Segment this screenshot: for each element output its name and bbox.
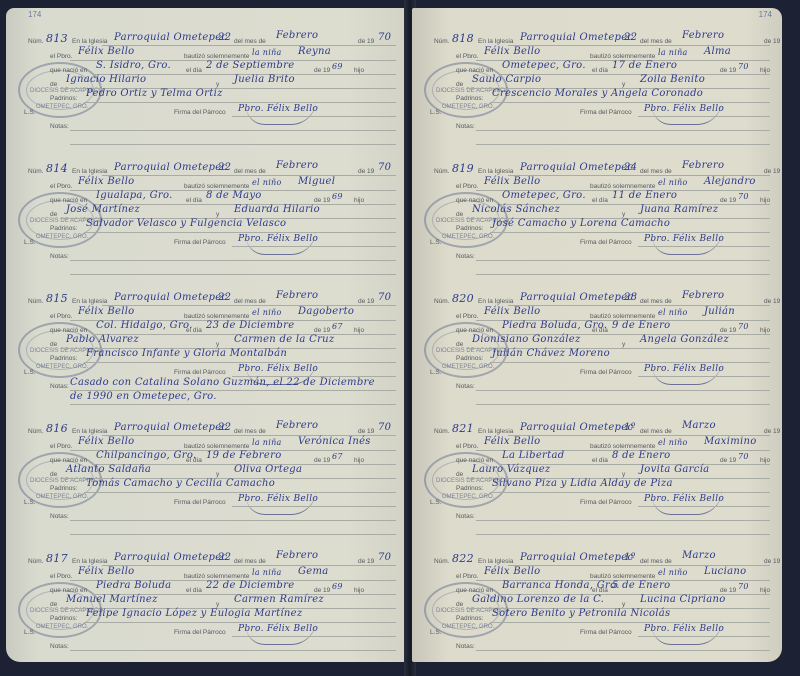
child-name: Dagoberto bbox=[298, 306, 354, 317]
label-birth-year: de 19 bbox=[720, 587, 736, 594]
label-baptized: bautizó solemnemente bbox=[590, 573, 655, 580]
label-priest: el Pbro. bbox=[50, 573, 72, 580]
label-num: Núm. bbox=[28, 168, 44, 175]
baptism-day: 24 bbox=[624, 162, 637, 173]
baptism-year: 70 bbox=[378, 32, 391, 43]
label-of: de bbox=[50, 341, 57, 348]
church-name: Parroquial Ometepec bbox=[114, 292, 227, 303]
father-name: Manuel Martínez bbox=[66, 594, 158, 605]
label-month: del mes de bbox=[234, 298, 266, 305]
child-name: Maximino bbox=[704, 436, 757, 447]
mother-name: Zoila Benito bbox=[640, 74, 705, 85]
child-name: Luciano bbox=[704, 566, 746, 577]
baptism-month: Febrero bbox=[682, 290, 724, 301]
baptism-day: 28 bbox=[624, 292, 637, 303]
label-church: En la Iglesia bbox=[478, 558, 513, 565]
baptism-day: 1º bbox=[624, 552, 636, 563]
birth-year: 70 bbox=[738, 322, 749, 331]
father-name: Pablo Alvarez bbox=[66, 334, 139, 345]
baptism-year: 70 bbox=[378, 292, 391, 303]
label-born-in: que nació en bbox=[456, 327, 493, 334]
label-and: y bbox=[216, 601, 219, 608]
birth-year: 70 bbox=[738, 62, 749, 71]
label-month: del mes de bbox=[640, 558, 672, 565]
baptism-day: 22 bbox=[218, 32, 231, 43]
label-num: Núm. bbox=[28, 298, 44, 305]
label-church: En la Iglesia bbox=[478, 298, 513, 305]
birth-year: 69 bbox=[332, 582, 343, 591]
baptism-entry: DIOCESIS DE ACAPULCO OMETEPEC, GRO. Núm.… bbox=[6, 268, 408, 396]
label-church: En la Iglesia bbox=[72, 38, 107, 45]
child-article: el niño bbox=[658, 178, 688, 187]
label-seal: L.S. bbox=[430, 629, 442, 636]
label-birth-year: de 19 bbox=[314, 587, 330, 594]
label-of: de bbox=[50, 471, 57, 478]
church-name: Parroquial Ometepec bbox=[114, 422, 227, 433]
label-child-of: hijo bbox=[760, 327, 770, 334]
father-name: José Martínez bbox=[66, 204, 140, 215]
birthplace: Col. Hidalgo, Gro. bbox=[96, 320, 193, 331]
label-month: del mes de bbox=[640, 298, 672, 305]
label-baptized: bautizó solemnemente bbox=[590, 443, 655, 450]
label-priest: el Pbro. bbox=[456, 183, 478, 190]
entry-number: 819 bbox=[452, 162, 474, 175]
label-year: de 19 bbox=[358, 558, 374, 565]
label-and: y bbox=[216, 341, 219, 348]
child-name: Miguel bbox=[298, 176, 335, 187]
father-name: Dionisiano González bbox=[472, 334, 581, 345]
label-born-in: que nació en bbox=[50, 587, 87, 594]
child-article: el niño bbox=[658, 438, 688, 447]
label-on-day: el día bbox=[592, 587, 608, 594]
label-of: de bbox=[456, 211, 463, 218]
label-signature: Firma del Párroco bbox=[174, 369, 226, 376]
child-article: el niño bbox=[252, 308, 282, 317]
baptism-month: Febrero bbox=[276, 160, 318, 171]
baptism-month: Febrero bbox=[682, 30, 724, 41]
label-priest: el Pbro. bbox=[50, 53, 72, 60]
label-priest: el Pbro. bbox=[50, 183, 72, 190]
label-seal: L.S. bbox=[24, 629, 36, 636]
label-num: Núm. bbox=[28, 38, 44, 45]
label-month: del mes de bbox=[640, 38, 672, 45]
baptism-entry: DIOCESIS DE ACAPULCO OMETEPEC, GRO. Núm.… bbox=[6, 398, 408, 526]
baptism-month: Febrero bbox=[682, 160, 724, 171]
label-num: Núm. bbox=[28, 558, 44, 565]
priest-name: Félix Bello bbox=[78, 176, 135, 187]
label-child-of: hijo bbox=[760, 67, 770, 74]
father-name: Ignacio Hilario bbox=[66, 74, 146, 85]
priest-name: Félix Bello bbox=[78, 436, 135, 447]
birth-date: 19 de Febrero bbox=[206, 450, 282, 461]
stamp-city: OMETEPEC, GRO. bbox=[442, 104, 494, 110]
label-year: de 19 bbox=[358, 168, 374, 175]
label-signature: Firma del Párroco bbox=[174, 629, 226, 636]
label-on-day: el día bbox=[592, 67, 608, 74]
church-name: Parroquial Ometepec bbox=[114, 32, 227, 43]
baptism-entry: DIOCESIS DE ACAPULCO OMETEPEC, GRO. Núm.… bbox=[412, 528, 782, 656]
label-priest: el Pbro. bbox=[456, 313, 478, 320]
baptism-month: Marzo bbox=[682, 550, 716, 561]
label-num: Núm. bbox=[28, 428, 44, 435]
godparents-names: Julián Chávez Moreno bbox=[492, 348, 610, 359]
label-on-day: el día bbox=[186, 197, 202, 204]
label-on-day: el día bbox=[186, 327, 202, 334]
child-name: Gema bbox=[298, 566, 329, 577]
label-notes: Notas: bbox=[50, 383, 69, 390]
godparents-names: Salvador Velasco y Fulgencia Velasco bbox=[86, 218, 286, 229]
label-year: de 19 bbox=[358, 38, 374, 45]
baptism-entry: DIOCESIS DE ACAPULCO OMETEPEC, GRO. Núm.… bbox=[412, 138, 782, 266]
right-page: 174 DIOCESIS DE ACAPULCO OMETEPEC, GRO. … bbox=[412, 8, 782, 662]
child-article: la niña bbox=[252, 438, 282, 447]
label-of: de bbox=[456, 81, 463, 88]
label-month: del mes de bbox=[234, 428, 266, 435]
label-signature: Firma del Párroco bbox=[174, 109, 226, 116]
label-year: de 19 bbox=[764, 428, 780, 435]
label-child-of: hijo bbox=[354, 197, 364, 204]
stamp-city: OMETEPEC, GRO. bbox=[36, 494, 88, 500]
child-name: Alejandro bbox=[704, 176, 756, 187]
label-seal: L.S. bbox=[430, 239, 442, 246]
label-on-day: el día bbox=[592, 327, 608, 334]
label-month: del mes de bbox=[234, 38, 266, 45]
mother-name: Lucina Cipriano bbox=[640, 594, 726, 605]
birth-year: 67 bbox=[332, 322, 343, 331]
label-signature: Firma del Párroco bbox=[580, 629, 632, 636]
label-seal: L.S. bbox=[24, 239, 36, 246]
baptism-year: 70 bbox=[378, 162, 391, 173]
signature-flourish bbox=[652, 620, 722, 645]
godparents-names: Tomás Camacho y Cecilia Camacho bbox=[86, 478, 275, 489]
entry-number: 815 bbox=[46, 292, 68, 305]
birthplace: S. Isidro, Gro. bbox=[96, 60, 171, 71]
label-birth-year: de 19 bbox=[314, 327, 330, 334]
birthplace: Chilpancingo, Gro. bbox=[96, 450, 197, 461]
child-name: Alma bbox=[704, 46, 731, 57]
stamp-city: OMETEPEC, GRO. bbox=[442, 234, 494, 240]
label-baptized: bautizó solemnemente bbox=[590, 313, 655, 320]
child-article: el niño bbox=[658, 568, 688, 577]
label-and: y bbox=[622, 211, 625, 218]
entry-number: 821 bbox=[452, 422, 474, 435]
label-signature: Firma del Párroco bbox=[580, 239, 632, 246]
label-godparents: Padrinos: bbox=[50, 355, 77, 362]
label-birth-year: de 19 bbox=[720, 67, 736, 74]
mother-name: Angela González bbox=[640, 334, 729, 345]
label-godparents: Padrinos: bbox=[50, 95, 77, 102]
label-church: En la Iglesia bbox=[478, 38, 513, 45]
church-name: Parroquial Ometepec bbox=[114, 552, 227, 563]
label-notes: Notas: bbox=[50, 253, 69, 260]
label-notes: Notas: bbox=[456, 643, 475, 650]
label-num: Núm. bbox=[434, 168, 450, 175]
signature-flourish bbox=[246, 620, 316, 645]
label-and: y bbox=[622, 601, 625, 608]
label-priest: el Pbro. bbox=[50, 313, 72, 320]
baptism-month: Febrero bbox=[276, 420, 318, 431]
label-church: En la Iglesia bbox=[72, 298, 107, 305]
label-child-of: hijo bbox=[760, 587, 770, 594]
label-num: Núm. bbox=[434, 298, 450, 305]
label-seal: L.S. bbox=[430, 499, 442, 506]
entry-number: 814 bbox=[46, 162, 68, 175]
mother-name: Oliva Ortega bbox=[234, 464, 302, 475]
godparents-names: Felipe Ignacio López y Eulogia Martínez bbox=[86, 608, 302, 619]
left-page: 174 DIOCESIS DE ACAPULCO OMETEPEC, GRO. … bbox=[6, 8, 408, 662]
label-seal: L.S. bbox=[24, 109, 36, 116]
label-born-in: que nació en bbox=[50, 457, 87, 464]
birthplace: La Libertad bbox=[502, 450, 564, 461]
label-baptized: bautizó solemnemente bbox=[184, 313, 249, 320]
birth-date: 11 de Enero bbox=[612, 190, 677, 201]
mother-name: Carmen de la Cruz bbox=[234, 334, 335, 345]
child-name: Julián bbox=[704, 306, 735, 317]
church-name: Parroquial Ometepec bbox=[520, 422, 633, 433]
label-year: de 19 bbox=[764, 38, 780, 45]
entry-number: 816 bbox=[46, 422, 68, 435]
mother-name: Carmen Ramírez bbox=[234, 594, 324, 605]
baptism-month: Febrero bbox=[276, 550, 318, 561]
label-priest: el Pbro. bbox=[456, 573, 478, 580]
label-baptized: bautizó solemnemente bbox=[184, 573, 249, 580]
godparents-names: Sotero Benito y Petronila Nicolás bbox=[492, 608, 671, 619]
baptism-year: 70 bbox=[378, 422, 391, 433]
priest-name: Félix Bello bbox=[78, 566, 135, 577]
birth-year: 69 bbox=[332, 62, 343, 71]
signature-flourish bbox=[652, 230, 722, 255]
birthplace: Igualapa, Gro. bbox=[96, 190, 173, 201]
label-baptized: bautizó solemnemente bbox=[184, 443, 249, 450]
priest-name: Félix Bello bbox=[78, 46, 135, 57]
label-child-of: hijo bbox=[354, 327, 364, 334]
label-num: Núm. bbox=[434, 558, 450, 565]
label-of: de bbox=[50, 601, 57, 608]
label-seal: L.S. bbox=[430, 369, 442, 376]
entry-number: 813 bbox=[46, 32, 68, 45]
birthplace: Ometepec, Gro. bbox=[502, 190, 586, 201]
birthplace: Piedra Boluda bbox=[96, 580, 171, 591]
label-birth-year: de 19 bbox=[720, 327, 736, 334]
baptism-entry: DIOCESIS DE ACAPULCO OMETEPEC, GRO. Núm.… bbox=[412, 8, 782, 136]
mother-name: Juelia Brito bbox=[234, 74, 295, 85]
label-birth-year: de 19 bbox=[314, 457, 330, 464]
priest-name: Félix Bello bbox=[484, 436, 541, 447]
label-num: Núm. bbox=[434, 38, 450, 45]
baptism-day: 22 bbox=[218, 162, 231, 173]
mother-name: Juana Ramírez bbox=[640, 204, 718, 215]
father-name: Saulo Carpio bbox=[472, 74, 541, 85]
signature-flourish bbox=[652, 360, 722, 385]
label-year: de 19 bbox=[764, 298, 780, 305]
baptism-day: 22 bbox=[218, 292, 231, 303]
label-notes: Notas: bbox=[456, 123, 475, 130]
label-godparents: Padrinos: bbox=[50, 615, 77, 622]
label-godparents: Padrinos: bbox=[456, 225, 483, 232]
label-signature: Firma del Párroco bbox=[580, 109, 632, 116]
label-baptized: bautizó solemnemente bbox=[590, 183, 655, 190]
label-of: de bbox=[456, 341, 463, 348]
label-of: de bbox=[456, 601, 463, 608]
child-article: la niña bbox=[252, 48, 282, 57]
label-born-in: que nació en bbox=[456, 197, 493, 204]
priest-name: Félix Bello bbox=[484, 46, 541, 57]
label-godparents: Padrinos: bbox=[456, 485, 483, 492]
label-year: de 19 bbox=[764, 168, 780, 175]
baptism-entry: DIOCESIS DE ACAPULCO OMETEPEC, GRO. Núm.… bbox=[412, 268, 782, 396]
label-of: de bbox=[50, 81, 57, 88]
entry-number: 822 bbox=[452, 552, 474, 565]
label-born-in: que nació en bbox=[456, 67, 493, 74]
church-name: Parroquial Ometepec bbox=[520, 32, 633, 43]
father-name: Nicolás Sánchez bbox=[472, 204, 560, 215]
label-on-day: el día bbox=[592, 457, 608, 464]
label-seal: L.S. bbox=[430, 109, 442, 116]
label-child-of: hijo bbox=[354, 67, 364, 74]
baptism-day: 22 bbox=[624, 32, 637, 43]
label-and: y bbox=[216, 211, 219, 218]
birth-date: 17 de Enero bbox=[612, 60, 677, 71]
birth-year: 67 bbox=[332, 452, 343, 461]
birthplace: Ometepec, Gro. bbox=[502, 60, 586, 71]
label-priest: el Pbro. bbox=[50, 443, 72, 450]
label-birth-year: de 19 bbox=[720, 197, 736, 204]
baptism-entry: DIOCESIS DE ACAPULCO OMETEPEC, GRO. Núm.… bbox=[412, 398, 782, 526]
mother-name: Eduarda Hilario bbox=[234, 204, 320, 215]
child-article: el niño bbox=[658, 308, 688, 317]
label-godparents: Padrinos: bbox=[456, 95, 483, 102]
label-church: En la Iglesia bbox=[478, 428, 513, 435]
label-born-in: que nació en bbox=[50, 197, 87, 204]
child-article: el niño bbox=[252, 178, 282, 187]
stamp-city: OMETEPEC, GRO. bbox=[36, 234, 88, 240]
label-on-day: el día bbox=[592, 197, 608, 204]
label-notes: Notas: bbox=[50, 123, 69, 130]
baptism-entry: DIOCESIS DE ACAPULCO OMETEPEC, GRO. Núm.… bbox=[6, 8, 408, 136]
baptism-month: Febrero bbox=[276, 290, 318, 301]
label-year: de 19 bbox=[358, 428, 374, 435]
signature-flourish bbox=[652, 100, 722, 125]
godparents-names: Silvano Piza y Lidia Alday de Piza bbox=[492, 478, 673, 489]
signature-flourish bbox=[652, 490, 722, 515]
label-signature: Firma del Párroco bbox=[174, 239, 226, 246]
label-on-day: el día bbox=[186, 67, 202, 74]
stamp-city: OMETEPEC, GRO. bbox=[36, 104, 88, 110]
label-born-in: que nació en bbox=[456, 457, 493, 464]
birth-year: 70 bbox=[738, 192, 749, 201]
label-and: y bbox=[622, 471, 625, 478]
birth-date: 9 de Enero bbox=[612, 320, 671, 331]
child-article: la niña bbox=[252, 568, 282, 577]
label-signature: Firma del Párroco bbox=[174, 499, 226, 506]
label-church: En la Iglesia bbox=[478, 168, 513, 175]
signature-flourish bbox=[246, 490, 316, 515]
baptism-year: 70 bbox=[378, 552, 391, 563]
baptism-day: 1º bbox=[624, 422, 636, 433]
label-of: de bbox=[456, 471, 463, 478]
birth-date: 5 de Enero bbox=[612, 580, 671, 591]
godparents-names: Francisco Infante y Gloria Montalbán bbox=[86, 348, 287, 359]
label-godparents: Padrinos: bbox=[456, 355, 483, 362]
label-and: y bbox=[216, 471, 219, 478]
label-baptized: bautizó solemnemente bbox=[184, 53, 249, 60]
label-seal: L.S. bbox=[24, 499, 36, 506]
label-child-of: hijo bbox=[760, 197, 770, 204]
baptism-month: Marzo bbox=[682, 420, 716, 431]
priest-name: Félix Bello bbox=[78, 306, 135, 317]
birth-date: 23 de Diciembre bbox=[206, 320, 294, 331]
godparents-names: José Camacho y Lorena Camacho bbox=[492, 218, 670, 229]
baptism-day: 22 bbox=[218, 422, 231, 433]
label-signature: Firma del Párroco bbox=[580, 369, 632, 376]
father-name: Atlanto Saldaña bbox=[66, 464, 151, 475]
father-name: Galdino Lorenzo de la C. bbox=[472, 594, 604, 605]
label-notes: Notas: bbox=[50, 643, 69, 650]
child-name: Reyna bbox=[298, 46, 331, 57]
godparents-names: Crescencio Morales y Angela Coronado bbox=[492, 88, 703, 99]
stamp-city: OMETEPEC, GRO. bbox=[442, 624, 494, 630]
priest-name: Félix Bello bbox=[484, 306, 541, 317]
label-month: del mes de bbox=[234, 558, 266, 565]
label-birth-year: de 19 bbox=[314, 197, 330, 204]
church-name: Parroquial Ometepec bbox=[114, 162, 227, 173]
label-month: del mes de bbox=[640, 168, 672, 175]
father-name: Lauro Vázquez bbox=[472, 464, 551, 475]
label-godparents: Padrinos: bbox=[50, 225, 77, 232]
label-child-of: hijo bbox=[354, 457, 364, 464]
birth-year: 70 bbox=[738, 582, 749, 591]
child-article: la niña bbox=[658, 48, 688, 57]
stamp-city: OMETEPEC, GRO. bbox=[442, 494, 494, 500]
birth-date: 2 de Septiembre bbox=[206, 60, 294, 71]
label-on-day: el día bbox=[186, 587, 202, 594]
birth-year: 69 bbox=[332, 192, 343, 201]
priest-name: Félix Bello bbox=[484, 566, 541, 577]
label-notes: Notas: bbox=[456, 513, 475, 520]
label-notes: Notas: bbox=[50, 513, 69, 520]
stamp-city: OMETEPEC, GRO. bbox=[442, 364, 494, 370]
label-of: de bbox=[50, 211, 57, 218]
label-birth-year: de 19 bbox=[314, 67, 330, 74]
label-priest: el Pbro. bbox=[456, 53, 478, 60]
birth-date: 8 de Mayo bbox=[206, 190, 262, 201]
label-born-in: que nació en bbox=[50, 67, 87, 74]
entry-number: 817 bbox=[46, 552, 68, 565]
label-baptized: bautizó solemnemente bbox=[184, 183, 249, 190]
baptism-entry: DIOCESIS DE ACAPULCO OMETEPEC, GRO. Núm.… bbox=[6, 138, 408, 266]
label-and: y bbox=[622, 81, 625, 88]
label-birth-year: de 19 bbox=[720, 457, 736, 464]
church-name: Parroquial Ometepec bbox=[520, 552, 633, 563]
baptism-month: Febrero bbox=[276, 30, 318, 41]
label-church: En la Iglesia bbox=[72, 558, 107, 565]
birth-date: 8 de Enero bbox=[612, 450, 671, 461]
label-num: Núm. bbox=[434, 428, 450, 435]
label-notes: Notas: bbox=[456, 253, 475, 260]
baptism-entry: DIOCESIS DE ACAPULCO OMETEPEC, GRO. Núm.… bbox=[6, 528, 408, 656]
church-name: Parroquial Ometepec bbox=[520, 162, 633, 173]
label-signature: Firma del Párroco bbox=[580, 499, 632, 506]
label-month: del mes de bbox=[234, 168, 266, 175]
label-on-day: el día bbox=[186, 457, 202, 464]
label-seal: L.S. bbox=[24, 369, 36, 376]
label-godparents: Padrinos: bbox=[50, 485, 77, 492]
stamp-city: OMETEPEC, GRO. bbox=[36, 624, 88, 630]
label-church: En la Iglesia bbox=[72, 428, 107, 435]
label-year: de 19 bbox=[764, 558, 780, 565]
birth-date: 22 de Diciembre bbox=[206, 580, 294, 591]
church-name: Parroquial Ometepec bbox=[520, 292, 633, 303]
